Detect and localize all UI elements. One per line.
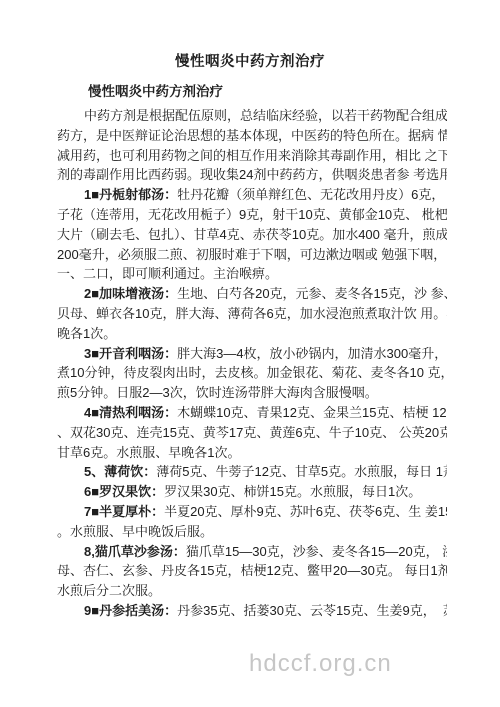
prescription-name: 9■丹参括美汤： [84,603,177,618]
text-line: 1■丹栀射郁汤：牡丹花瓣（须单辩红色、无花改用丹皮）6克， 栀 [57,185,447,205]
line-text: 。水煎服、早中晚饭后服。 [57,524,213,539]
prescription-name: 1■丹栀射郁汤： [84,187,177,202]
prescription-name: 5、薄荷饮： [84,464,156,479]
line-text: 大片（刷去毛、包扎）、甘草4克、赤茯苓10克。加水400 毫升，煎成 [57,227,447,242]
text-line: 水煎后分二次服。 [57,581,447,601]
text-line: 9■丹参括美汤：丹参35克、括蒌30克、云苓15克、生姜9克， 苏叶 [57,601,447,621]
text-line: 煎5分钟。日服2—3次，饮时连汤带胖大海肉含服慢咽。 [57,383,447,403]
text-line: 、双花30克、连壳15克、黄芩17克、黄莲6克、牛子10克、 公英20克、 [57,423,447,443]
section-heading: 慢性咽炎中药方剂治疗 [57,82,447,102]
line-text: 半夏20克、厚朴9克、苏叶6克、茯苓6克、生 姜15克 [164,504,447,519]
text-line: 。水煎服、早中晚饭后服。 [57,522,447,542]
line-text: 减用药，也可利用药物之间的相互作用来消除其毒副作用，相比 之下方 [57,148,447,163]
line-text: 罗汉果30克、柿饼15克。水煎服，每日1次。 [164,484,421,499]
line-text: 胖大海3—4枚，放小砂锅内，加清水300毫升， 煎 [177,346,447,361]
text-line: 减用药，也可利用药物之间的相互作用来消除其毒副作用，相比 之下方 [57,146,447,166]
prescription-name: 4■清热利咽汤： [84,405,177,420]
line-text: 一、二口，即可顺利通过。主治喉痹。 [57,266,278,281]
line-text: 晚各1次。 [57,326,116,341]
line-text: 200毫升，必须服二煎、初服时难于下咽，可边漱边咽或 勉强下咽，咽下 [57,247,447,262]
line-text: 子花（连蒂用，无花改用栀子）9克，射干10克、黄郁金10克、 枇杷叶3 [57,207,447,222]
prescription-name: 3■开音利咽汤： [84,346,177,361]
line-text: 药方，是中医辩证论治思想的基本体现，中医药的特色所在。据病 情加 [57,128,447,143]
text-line: 5、薄荷饮：薄荷5克、牛蒡子12克、甘草5克。水煎服，每日 1剂。 [57,462,447,482]
text-line: 煮10分钟，待皮裂肉出时，去皮核。加金银花、菊花、麦冬各10 克，再 [57,363,447,383]
text-line: 2■加味增液汤：生地、白芍各20克，元参、麦冬各15克，沙 参、 [57,284,447,304]
text-line: 大片（刷去毛、包扎）、甘草4克、赤茯苓10克。加水400 毫升，煎成 [57,225,447,245]
page-title: 慢性咽炎中药方剂治疗 [0,50,500,71]
text-lines: 中药方剂是根据配伍原则，总结临床经验，以若干药物配合组成 的药方，是中医辩证论治… [57,106,447,621]
text-line: 子花（连蒂用，无花改用栀子）9克，射干10克、黄郁金10克、 枇杷叶3 [57,205,447,225]
document-page: 慢性咽炎中药方剂治疗 慢性咽炎中药方剂治疗 中药方剂是根据配伍原则，总结临床经验… [0,0,500,707]
line-text: 、双花30克、连壳15克、黄芩17克、黄莲6克、牛子10克、 公英20克、 [57,425,447,440]
text-line: 晚各1次。 [57,324,447,344]
line-text: 剂的毒副作用比西药弱。现收集24剂中药药方，供咽炎患者参 考选用。 [57,167,447,182]
text-line: 剂的毒副作用比西药弱。现收集24剂中药药方，供咽炎患者参 考选用。 [57,165,447,185]
text-line: 4■清热利咽汤：木蝴蝶10克、青果12克、金果兰15克、桔梗 12克 [57,403,447,423]
prescription-name: 8,猫爪草沙参汤： [84,544,186,559]
line-text: 煎5分钟。日服2—3次，饮时连汤带胖大海肉含服慢咽。 [57,385,378,400]
text-line: 6■罗汉果饮：罗汉果30克、柿饼15克。水煎服，每日1次。 [57,482,447,502]
prescription-name: 7■半夏厚朴： [84,504,164,519]
text-line: 200毫升，必须服二煎、初服时难于下咽，可边漱边咽或 勉强下咽，咽下 [57,245,447,265]
text-line: 母、杏仁、玄参、丹皮各15克，桔梗12克、鳖甲20—30克。 每日1剂， [57,561,447,581]
line-text: 牡丹花瓣（须单辩红色、无花改用丹皮）6克， 栀 [177,187,447,202]
document-body: 慢性咽炎中药方剂治疗 中药方剂是根据配伍原则，总结临床经验，以若干药物配合组成 … [57,82,447,621]
text-line: 一、二口，即可顺利通过。主治喉痹。 [57,264,447,284]
line-text: 煮10分钟，待皮裂肉出时，去皮核。加金银花、菊花、麦冬各10 克，再 [57,365,447,380]
line-text: 贝母、蝉衣各10克，胖大海、薄荷各6克，加水浸泡煎煮取汁饮 用。早、 [57,306,447,321]
line-text: 甘草6克。水煎服、早晚各1次。 [57,445,240,460]
text-line: 7■半夏厚朴：半夏20克、厚朴9克、苏叶6克、茯苓6克、生 姜15克 [57,502,447,522]
line-text: 生地、白芍各20克，元参、麦冬各15克，沙 参、 [177,286,447,301]
line-text: 水煎后分二次服。 [57,583,161,598]
prescription-name: 6■罗汉果饮： [84,484,164,499]
line-text: 丹参35克、括蒌30克、云苓15克、生姜9克， 苏叶 [177,603,447,618]
line-text: 木蝴蝶10克、青果12克、金果兰15克、桔梗 12克 [177,405,447,420]
prescription-name: 2■加味增液汤： [84,286,177,301]
text-line: 3■开音利咽汤：胖大海3—4枚，放小砂锅内，加清水300毫升， 煎 [57,344,447,364]
text-line: 中药方剂是根据配伍原则，总结临床经验，以若干药物配合组成 的 [57,106,447,126]
line-text: 猫爪草15—30克，沙参、麦冬各15—20克， 浙贝 [186,544,447,559]
watermark: hdccf.org.cn [249,650,392,678]
text-line: 8,猫爪草沙参汤：猫爪草15—30克，沙参、麦冬各15—20克， 浙贝 [57,542,447,562]
line-text: 中药方剂是根据配伍原则，总结临床经验，以若干药物配合组成 的 [84,108,447,123]
line-text: 薄荷5克、牛蒡子12克、甘草5克。水煎服，每日 1剂。 [156,464,447,479]
text-line: 贝母、蝉衣各10克，胖大海、薄荷各6克，加水浸泡煎煮取汁饮 用。早、 [57,304,447,324]
text-line: 药方，是中医辩证论治思想的基本体现，中医药的特色所在。据病 情加 [57,126,447,146]
line-text: 母、杏仁、玄参、丹皮各15克，桔梗12克、鳖甲20—30克。 每日1剂， [57,563,447,578]
text-line: 甘草6克。水煎服、早晚各1次。 [57,443,447,463]
